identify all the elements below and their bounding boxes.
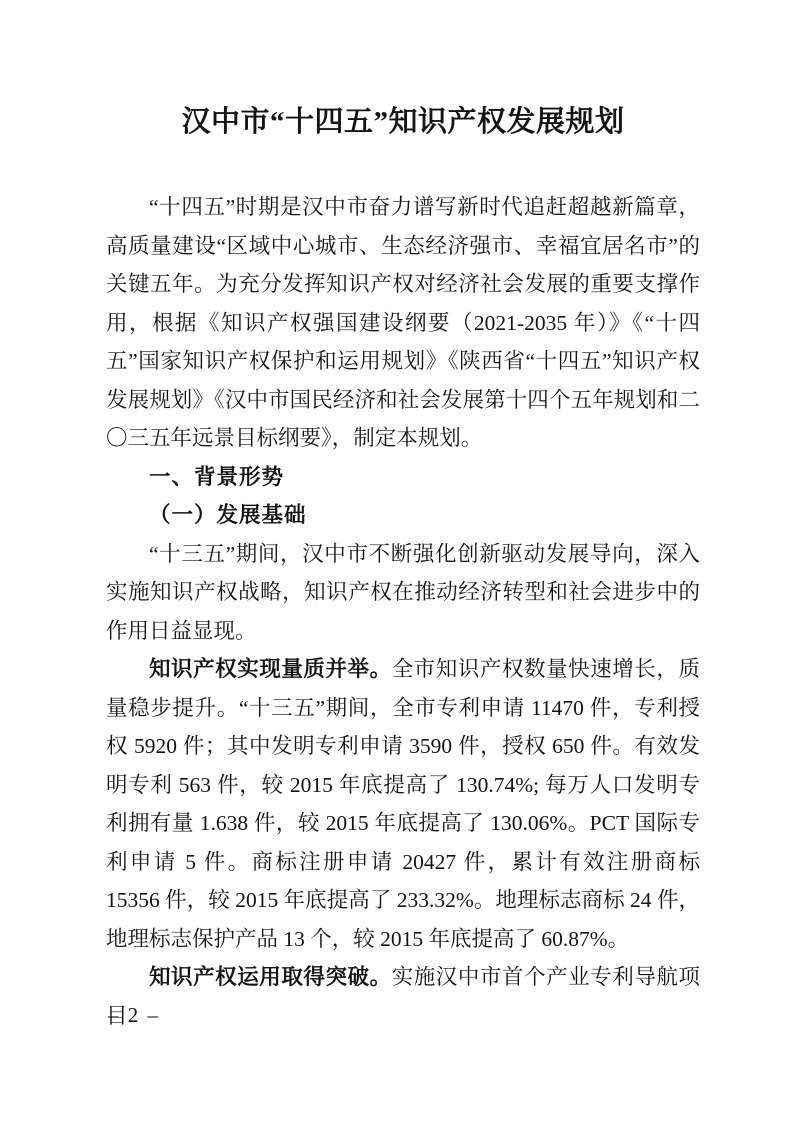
subsection-heading: （一）发展基础 xyxy=(106,496,700,535)
document-paragraph: “十三五”期间，汉中市不断强化创新驱动发展导向，深入实施知识产权战略，知识产权在… xyxy=(106,535,700,651)
text-run: （一）发展基础 xyxy=(149,503,307,527)
document-content: 汉中市“十四五”知识产权发展规划 “十四五”时期是汉中市奋力谱写新时代追赶超越新… xyxy=(0,0,793,1035)
section-heading: 一、背景形势 xyxy=(106,458,700,497)
text-run: “十四五”时期是汉中市奋力谱写新时代追赶超越新篇章，高质量建设“区域中心城市、生… xyxy=(106,195,700,450)
text-run: 知识产权实现量质并举。 xyxy=(149,657,392,681)
document-paragraph: “十四五”时期是汉中市奋力谱写新时代追赶超越新篇章，高质量建设“区域中心城市、生… xyxy=(106,188,700,458)
document-paragraph: 知识产权实现量质并举。全市知识产权数量快速增长，质量稳步提升。“十三五”期间，全… xyxy=(106,650,700,958)
text-run: 知识产权运用取得突破。 xyxy=(149,965,392,989)
document-page: 汉中市“十四五”知识产权发展规划 “十四五”时期是汉中市奋力谱写新时代追赶超越新… xyxy=(0,0,793,1122)
document-paragraph: 知识产权运用取得突破。实施汉中市首个产业专利导航项目 xyxy=(106,958,700,1035)
text-run: 全市知识产权数量快速增长，质量稳步提升。“十三五”期间，全市专利申请 11470… xyxy=(106,657,700,951)
text-run: 一、背景形势 xyxy=(149,465,284,489)
text-run: “十三五”期间，汉中市不断强化创新驱动发展导向，深入实施知识产权战略，知识产权在… xyxy=(106,542,700,643)
page-number: – 2 – xyxy=(108,1000,160,1030)
document-title: 汉中市“十四五”知识产权发展规划 xyxy=(106,100,700,144)
document-body: “十四五”时期是汉中市奋力谱写新时代追赶超越新篇章，高质量建设“区域中心城市、生… xyxy=(106,188,700,1035)
